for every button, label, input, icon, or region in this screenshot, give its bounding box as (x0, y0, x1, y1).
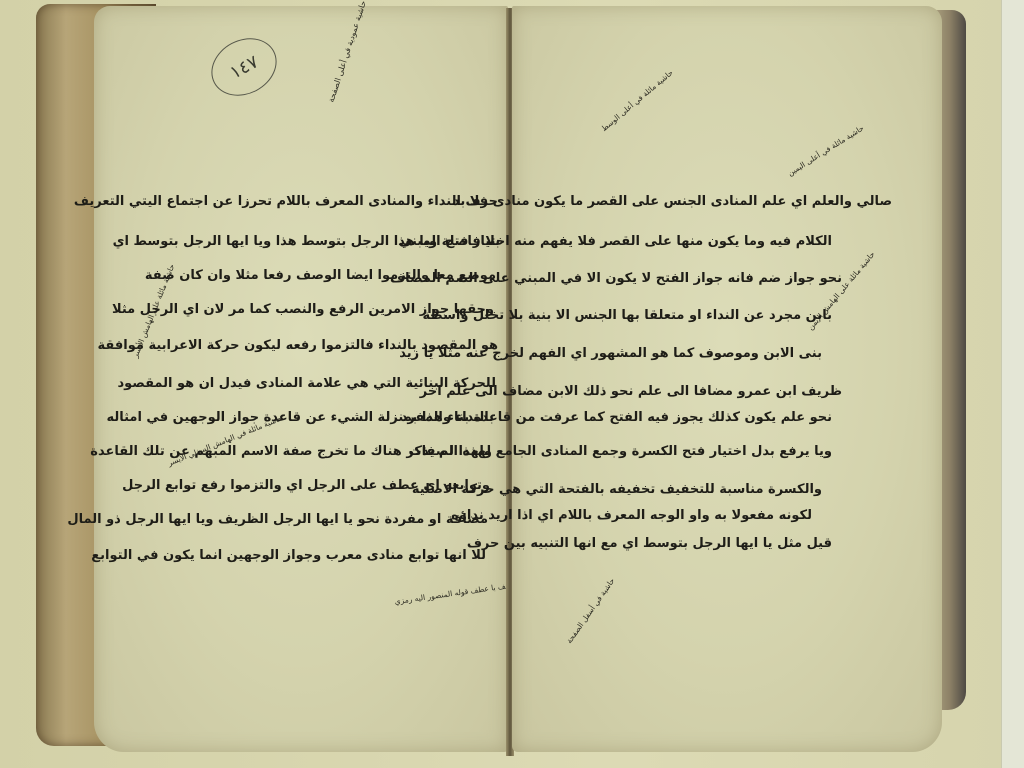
text-line: للا انها توابع منادى معرب وجواز الوجهين … (91, 548, 486, 563)
text-line: ظريف ابن عمرو مضافا الى علم نحو ذلك الاب… (420, 384, 842, 399)
text-line: مضافة او مفردة نحو يا ايها الرجل الظريف … (67, 512, 488, 527)
text-line: بنى الابن وموصوف كما هو المشهور اي الفهم… (399, 346, 822, 361)
text-line: والكسرة مناسبة للتخفيف تخفيفه بالفتحة ال… (412, 482, 822, 497)
text-line: نحو علم يكون كذلك يجوز فيه الفتح كما عرف… (401, 410, 832, 425)
right-page: حاشية مائلة في أعلى الوسط حاشية مائلة في… (512, 6, 942, 752)
left-page: ١٤٧ حاشية عمودية في أعلى الصفحة حاشية ما… (94, 6, 508, 752)
manuscript-book: ١٤٧ حاشية عمودية في أعلى الصفحة حاشية ما… (36, 4, 966, 756)
light-border-strip (1001, 0, 1024, 768)
text-line: قيل مثل يا ايها الرجل بتوسط اي مع انها ا… (467, 536, 832, 551)
marginal-note-top-center: حاشية مائلة في أعلى الوسط (599, 68, 675, 134)
text-line: بابن مجرد عن النداء او متعلقا بها الجنس … (423, 308, 832, 323)
text-line: حرف النداء والمنادى المعرف باللام تحرزا … (74, 194, 498, 209)
text-line: ويا يرفع بدل اختيار فتح الكسرة وجمع المن… (409, 444, 833, 459)
folio-number: ١٤٧ (201, 27, 286, 107)
text-line: لكونه مفعولا به واو الوجه المعرف باللام … (451, 508, 812, 523)
text-line: صالي والعلم اي علم المنادى الجنس على الق… (453, 194, 892, 209)
marginal-note-top-vertical: حاشية عمودية في أعلى الصفحة (326, 0, 369, 104)
marginal-note-top-right: حاشية مائلة في أعلى اليمين (786, 123, 866, 178)
marginal-note-bottom: حاشية في أسفل الصفحة (565, 576, 618, 646)
text-line: الكلام فيه وما يكون منها على القصر فلا ي… (399, 234, 832, 249)
text-line: نحو جواز ضم فانه جواز الفتح لا يكون الا … (390, 271, 842, 286)
